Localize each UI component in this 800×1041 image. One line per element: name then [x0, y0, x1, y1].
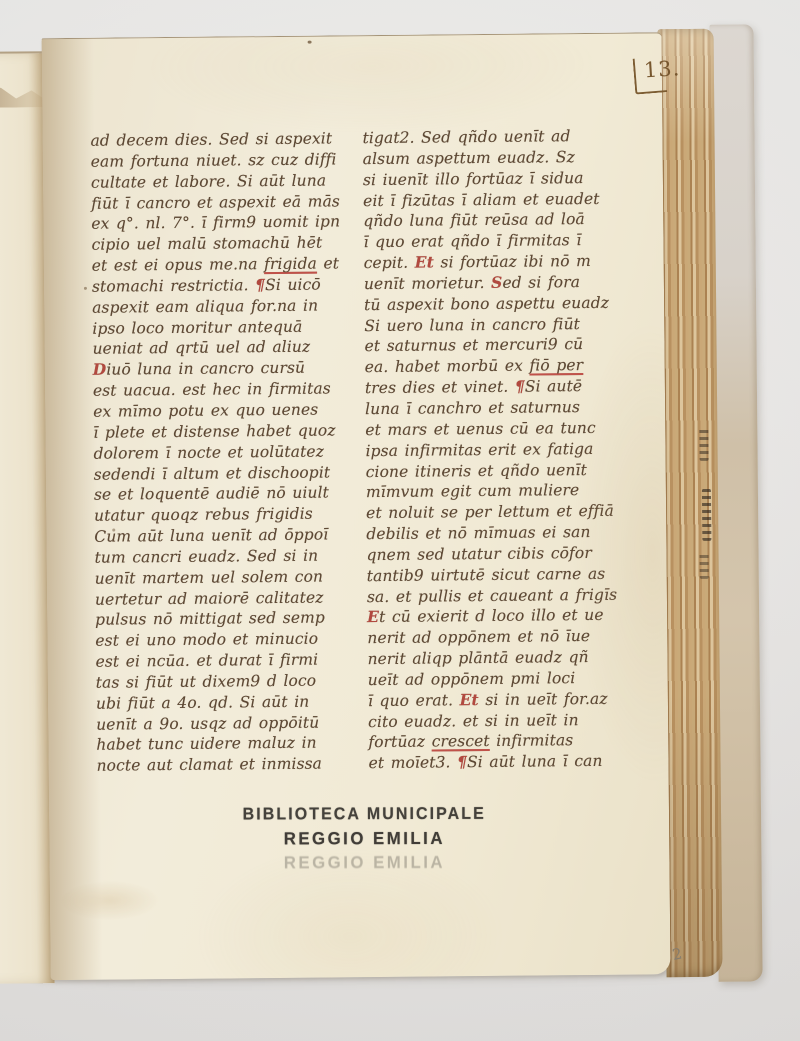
- fore-edge-ink-mark: [699, 427, 708, 461]
- manuscript-text-line: se et loquentē audiē nō uiult: [94, 482, 368, 505]
- manuscript-text-line: uertetur ad maiorē calitatez: [95, 587, 369, 610]
- fore-edge-ink-mark: [702, 489, 711, 541]
- manuscript-text-line: nerit ad oppōnem et nō īue: [367, 626, 641, 649]
- manuscript-text-line: nerit aliqp plāntā euadz qñ: [367, 647, 641, 670]
- manuscript-text-line: habet tunc uidere maluz in: [96, 733, 370, 756]
- manuscript-text-line: stomachi restrictia. ¶Si uicō: [92, 274, 366, 297]
- manuscript-text-line: et est ei opus me.na frigida et: [92, 253, 366, 276]
- manuscript-text-line: ea. habet morbū ex fiō per: [365, 355, 639, 378]
- manuscript-text-line: ī plete et distense habet quoz: [93, 420, 367, 443]
- text-column-right: tigat2. Sed qñdo uenīt adalsum aspettum …: [362, 126, 642, 775]
- manuscript-text-line: dolorem ī nocte et uolūtatez: [93, 441, 367, 464]
- manuscript-text-line: ueīt ad oppōnem pmi loci: [368, 667, 642, 690]
- manuscript-text-line: ueniat ad qrtū uel ad aliuz: [92, 337, 366, 360]
- manuscript-text-line: Cum aūt luna uenīt ad ōppoī: [94, 524, 368, 547]
- ink-speck: [308, 41, 312, 44]
- folio-number-text: 13.: [643, 56, 681, 82]
- manuscript-text-line: Et cū exierit d loco illo et ue: [367, 605, 641, 628]
- manuscript-text-line: fortūaz crescet infirmitas: [368, 730, 642, 753]
- manuscript-text-line: mīmvum egit cum muliere: [366, 480, 640, 503]
- manuscript-text-line: est ei ncūa. et durat ī firmi: [95, 649, 369, 672]
- manuscript-text-line: utatur quoqz rebus frigidis: [94, 503, 368, 526]
- manuscript-text-line: Diuō luna in cancro cursū: [93, 357, 367, 380]
- manuscript-text-line: eit ī fizūtas ī aliam et euadet: [363, 188, 637, 211]
- stamp-ghost-impression: REGGIO EMILIA: [196, 852, 532, 874]
- manuscript-text-line: aspexit eam aliqua for.na in: [92, 295, 366, 318]
- manuscript-text-line: ex q°. nl. 7°. ī firm9 uomit ipn: [91, 212, 365, 235]
- library-stamp: BIBLIOTECA MUNICIPALE REGGIO EMILIA REGG…: [189, 804, 539, 895]
- manuscript-text-line: si iuenīt illo fortūaz ī sidua: [363, 167, 637, 190]
- manuscript-text-line: Si uero luna in cancro fiūt: [364, 313, 638, 336]
- manuscript-text-line: alsum aspettum euadz. Sz: [363, 146, 637, 169]
- manuscript-photograph: 13. ad decem dies. Sed si aspexiteam for…: [0, 0, 800, 1041]
- manuscript-text-line: est ei uno modo et minucio: [95, 628, 369, 651]
- stamp-line-2: REGGIO EMILIA: [196, 828, 532, 850]
- manuscript-text-line: et moīet3. ¶Si aūt luna ī can: [368, 751, 642, 774]
- manuscript-text-line: est uacua. est hec in firmitas: [93, 378, 367, 401]
- manuscript-text-line: debilis et nō mīmuas ei san: [366, 522, 640, 545]
- manuscript-book: 13. ad decem dies. Sed si aspexiteam for…: [0, 0, 800, 1041]
- manuscript-text-line: ex mīmo potu ex quo uenes: [93, 399, 367, 422]
- fore-edge-ink-mark: [700, 553, 709, 579]
- manuscript-text-line: tū aspexit bono aspettu euadz: [364, 292, 638, 315]
- manuscript-page: 13. ad decem dies. Sed si aspexiteam for…: [42, 32, 671, 980]
- manuscript-text-line: cultate et labore. Si aūt luna: [91, 170, 365, 193]
- manuscript-text-line: tantib9 uirtutē sicut carne as: [367, 563, 641, 586]
- manuscript-text-line: et saturnus et mercuri9 cū: [364, 334, 638, 357]
- folio-number: 13.: [632, 55, 702, 102]
- manuscript-text-line: uenīt a 9o. usqz ad oppōitū: [96, 712, 370, 735]
- manuscript-text-line: tigat2. Sed qñdo uenīt ad: [362, 126, 636, 149]
- manuscript-text-line: cito euadz. et si in ueīt in: [368, 709, 642, 732]
- manuscript-text-line: luna ī canchro et saturnus: [365, 396, 639, 419]
- text-column-left: ad decem dies. Sed si aspexiteam fortuna…: [90, 128, 370, 777]
- manuscript-text-line: et noluit se per lettum et effiā: [366, 501, 640, 524]
- manuscript-text-line: eam fortuna niuet. sz cuz diffi: [91, 149, 365, 172]
- manuscript-text-line: pulsus nō mittigat sed semp: [95, 608, 369, 631]
- manuscript-text-line: cione itineris et qñdo uenīt: [366, 459, 640, 482]
- manuscript-text-line: ipsa infirmitas erit ex fatiga: [365, 438, 639, 461]
- manuscript-text-line: tum cancri euadz. Sed si in: [94, 545, 368, 568]
- manuscript-text-line: qnem sed utatur cibis cōfor: [366, 542, 640, 565]
- manuscript-text-line: fiūt ī cancro et aspexit eā mās: [91, 191, 365, 214]
- manuscript-text-line: cepit. Et si fortūaz ibi nō m: [364, 251, 638, 274]
- manuscript-text-line: sedendi ī altum et dischoopit: [94, 462, 368, 485]
- manuscript-text-line: sa. et pullis et caueant a frigīs: [367, 584, 641, 607]
- manuscript-text-line: ipso loco moritur antequā: [92, 316, 366, 339]
- manuscript-text-line: ī quo erat qñdo ī firmitas ī: [363, 230, 637, 253]
- manuscript-text-line: nocte aut clamat et inmissa: [96, 753, 370, 776]
- stamp-line-1: BIBLIOTECA MUNICIPALE: [200, 804, 529, 825]
- manuscript-text-line: tres dies et vinet. ¶Si autē: [365, 376, 639, 399]
- manuscript-text-line: ubi fiūt a 4o. qd. Si aūt in: [96, 691, 370, 714]
- manuscript-text-line: uenīt martem uel solem con: [95, 566, 369, 589]
- manuscript-text-line: cipio uel malū stomachū hēt: [91, 232, 365, 255]
- manuscript-text-line: et mars et uenus cū ea tunc: [365, 417, 639, 440]
- manuscript-text-line: ī quo erat. Et si in ueīt for.az: [368, 688, 642, 711]
- ink-speck: [84, 287, 87, 290]
- manuscript-text-line: uenīt morietur. Sed si fora: [364, 271, 638, 294]
- manuscript-text-line: ad decem dies. Sed si aspexit: [90, 128, 364, 151]
- manuscript-text-line: tas si fiūt ut dixem9 d loco: [96, 670, 370, 693]
- manuscript-text-line: qñdo luna fiūt reūsa ad loā: [363, 209, 637, 232]
